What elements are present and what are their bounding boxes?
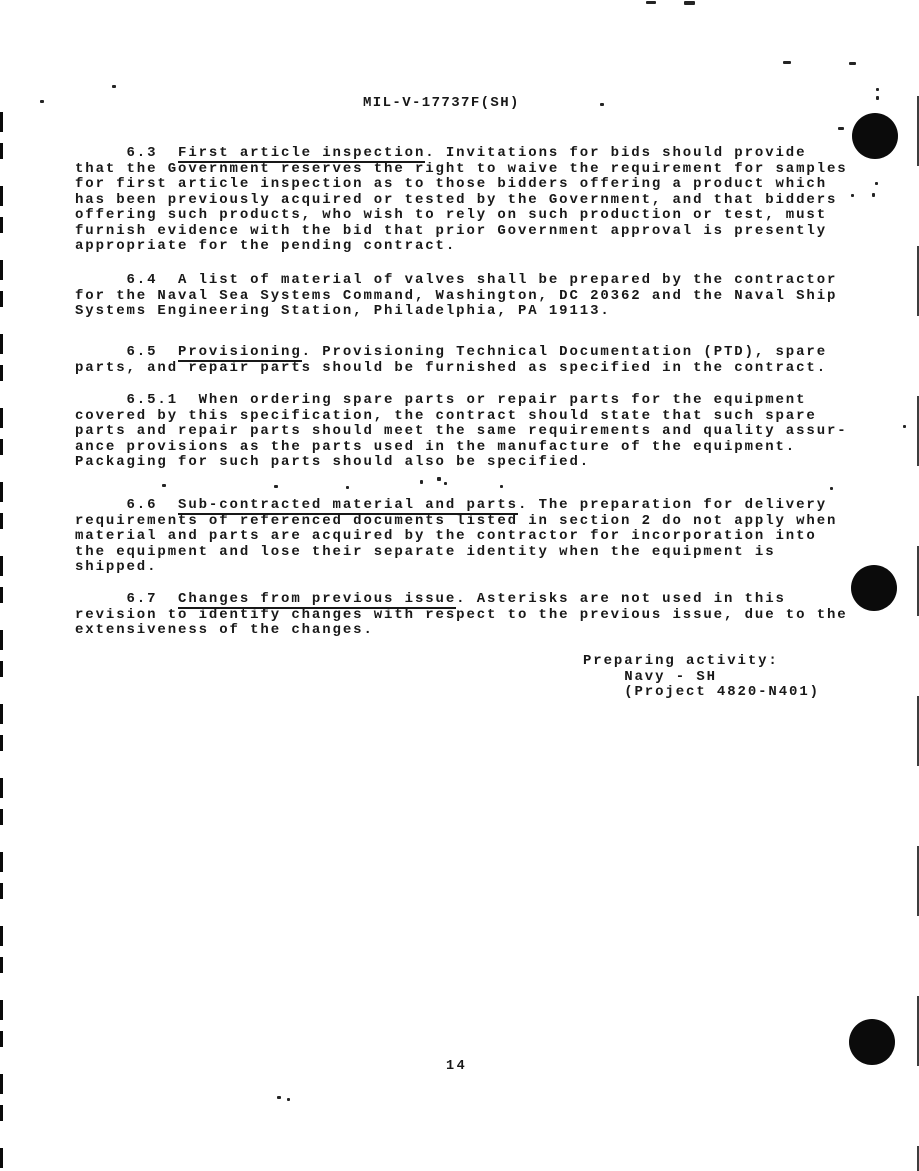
text-line: appropriate for the pending contract. <box>75 239 848 255</box>
hole-punch-mark-bottom <box>849 1019 895 1065</box>
text-segment: the equipment and lose their separate id… <box>75 544 776 560</box>
scan-speck <box>162 484 166 487</box>
text-line: parts, and repair parts should be furnis… <box>75 361 827 377</box>
scan-speck <box>875 182 878 185</box>
text-line: Preparing activity: <box>583 654 820 670</box>
text-segment: shipped. <box>75 559 157 575</box>
text-segment: for first article inspection as to those… <box>75 176 827 192</box>
text-segment: Preparing activity: <box>583 653 779 669</box>
para-6-5-1-spare-parts: 6.5.1 When ordering spare parts or repai… <box>75 393 848 471</box>
text-segment: . Asterisks are not used in this <box>456 591 786 607</box>
scan-speck <box>838 127 844 130</box>
text-segment: covered by this specification, the contr… <box>75 408 817 424</box>
text-segment: appropriate for the pending contract. <box>75 238 456 254</box>
scan-speck <box>872 193 875 197</box>
text-segment: 6.6 <box>75 497 178 513</box>
scan-speck <box>420 480 423 484</box>
text-segment: (Project 4820-N401) <box>583 684 820 700</box>
scan-speck <box>903 425 906 428</box>
scan-speck <box>684 1 695 5</box>
text-line: covered by this specification, the contr… <box>75 409 848 425</box>
text-line: Packaging for such parts should also be … <box>75 455 848 471</box>
scan-speck <box>851 194 854 197</box>
text-segment: parts, and repair parts should be furnis… <box>75 360 827 376</box>
text-line: 6.4 A list of material of valves shall b… <box>75 273 837 289</box>
text-segment: . Provisioning Technical Documentation (… <box>302 344 827 360</box>
text-segment: 6.7 <box>75 591 178 607</box>
para-6-5-provisioning: 6.5 Provisioning. Provisioning Technical… <box>75 345 827 376</box>
scan-speck <box>783 61 791 64</box>
text-line: Navy - SH <box>583 670 820 686</box>
scan-speck <box>112 85 116 88</box>
scan-speck <box>646 1 656 4</box>
text-segment: furnish evidence with the bid that prior… <box>75 223 827 239</box>
text-segment: for the Naval Sea Systems Command, Washi… <box>75 288 837 304</box>
text-segment: offering such products, who wish to rely… <box>75 207 827 223</box>
text-segment: 6.5 <box>75 344 178 360</box>
scan-speck <box>876 96 879 100</box>
text-segment: . The preparation for delivery <box>518 497 827 513</box>
text-line: offering such products, who wish to rely… <box>75 208 848 224</box>
document-id-header: MIL-V-17737F(SH) <box>363 95 520 111</box>
para-6-6-sub-contracted-material: 6.6 Sub-contracted material and parts. T… <box>75 498 837 576</box>
text-segment: parts and repair parts should meet the s… <box>75 423 848 439</box>
text-line: extensiveness of the changes. <box>75 623 848 639</box>
preparing-activity-block: Preparing activity: Navy - SH (Project 4… <box>583 654 820 701</box>
text-segment: Systems Engineering Station, Philadelphi… <box>75 303 611 319</box>
text-line: 6.7 Changes from previous issue. Asteris… <box>75 592 848 608</box>
text-segment: extensiveness of the changes. <box>75 622 374 638</box>
scan-speck <box>437 477 441 481</box>
para-6-7-changes-from-previous-issue: 6.7 Changes from previous issue. Asteris… <box>75 592 848 639</box>
text-segment: has been previously acquired or tested b… <box>75 192 837 208</box>
scan-speck <box>600 103 604 106</box>
text-segment: Packaging for such parts should also be … <box>75 454 590 470</box>
text-line: 6.6 Sub-contracted material and parts. T… <box>75 498 837 514</box>
text-line: parts and repair parts should meet the s… <box>75 424 848 440</box>
text-segment: requirements of referenced documents lis… <box>75 513 837 529</box>
text-line: 6.5 Provisioning. Provisioning Technical… <box>75 345 827 361</box>
text-line: revision to identify changes with respec… <box>75 608 848 624</box>
text-segment: material and parts are acquired by the c… <box>75 528 817 544</box>
text-line: (Project 4820-N401) <box>583 685 820 701</box>
text-line: requirements of referenced documents lis… <box>75 514 837 530</box>
text-segment: that the Government reserves the right t… <box>75 161 848 177</box>
text-line: 6.3 First article inspection. Invitation… <box>75 146 848 162</box>
scan-speck <box>444 482 447 485</box>
text-segment: revision to identify changes with respec… <box>75 607 848 623</box>
text-line: furnish evidence with the bid that prior… <box>75 224 848 240</box>
text-segment: 6.4 A list of material of valves shall b… <box>75 272 837 288</box>
page-number: 14 <box>446 1059 467 1074</box>
text-segment: ance provisions as the parts used in the… <box>75 439 796 455</box>
text-segment: Navy - SH <box>583 669 717 685</box>
text-line: has been previously acquired or tested b… <box>75 193 848 209</box>
text-segment: 6.3 <box>75 145 178 161</box>
hole-punch-mark-top <box>852 113 898 159</box>
para-6-4-list-of-material: 6.4 A list of material of valves shall b… <box>75 273 837 320</box>
text-line: 6.5.1 When ordering spare parts or repai… <box>75 393 848 409</box>
text-segment: 6.5.1 When ordering spare parts or repai… <box>75 392 806 408</box>
scanned-document-page: MIL-V-17737F(SH) 6.3 First article inspe… <box>0 0 919 1171</box>
scan-speck <box>274 485 278 488</box>
scan-speck <box>40 100 44 103</box>
text-line: ance provisions as the parts used in the… <box>75 440 848 456</box>
left-margin-scan-line <box>0 112 3 1171</box>
text-line: material and parts are acquired by the c… <box>75 529 837 545</box>
scan-speck <box>277 1096 281 1099</box>
text-line: for the Naval Sea Systems Command, Washi… <box>75 289 837 305</box>
text-line: the equipment and lose their separate id… <box>75 545 837 561</box>
scan-speck <box>830 487 833 490</box>
hole-punch-mark-middle <box>851 565 897 611</box>
scan-speck <box>876 88 879 91</box>
scan-speck <box>500 485 503 488</box>
para-6-3-first-article-inspection: 6.3 First article inspection. Invitation… <box>75 146 848 255</box>
scan-speck <box>346 486 349 489</box>
text-line: that the Government reserves the right t… <box>75 162 848 178</box>
text-line: shipped. <box>75 560 837 576</box>
text-line: Systems Engineering Station, Philadelphi… <box>75 304 837 320</box>
scan-speck <box>849 62 856 65</box>
scan-speck <box>287 1098 290 1101</box>
text-segment: . Invitations for bids should provide <box>425 145 806 161</box>
text-line: for first article inspection as to those… <box>75 177 848 193</box>
